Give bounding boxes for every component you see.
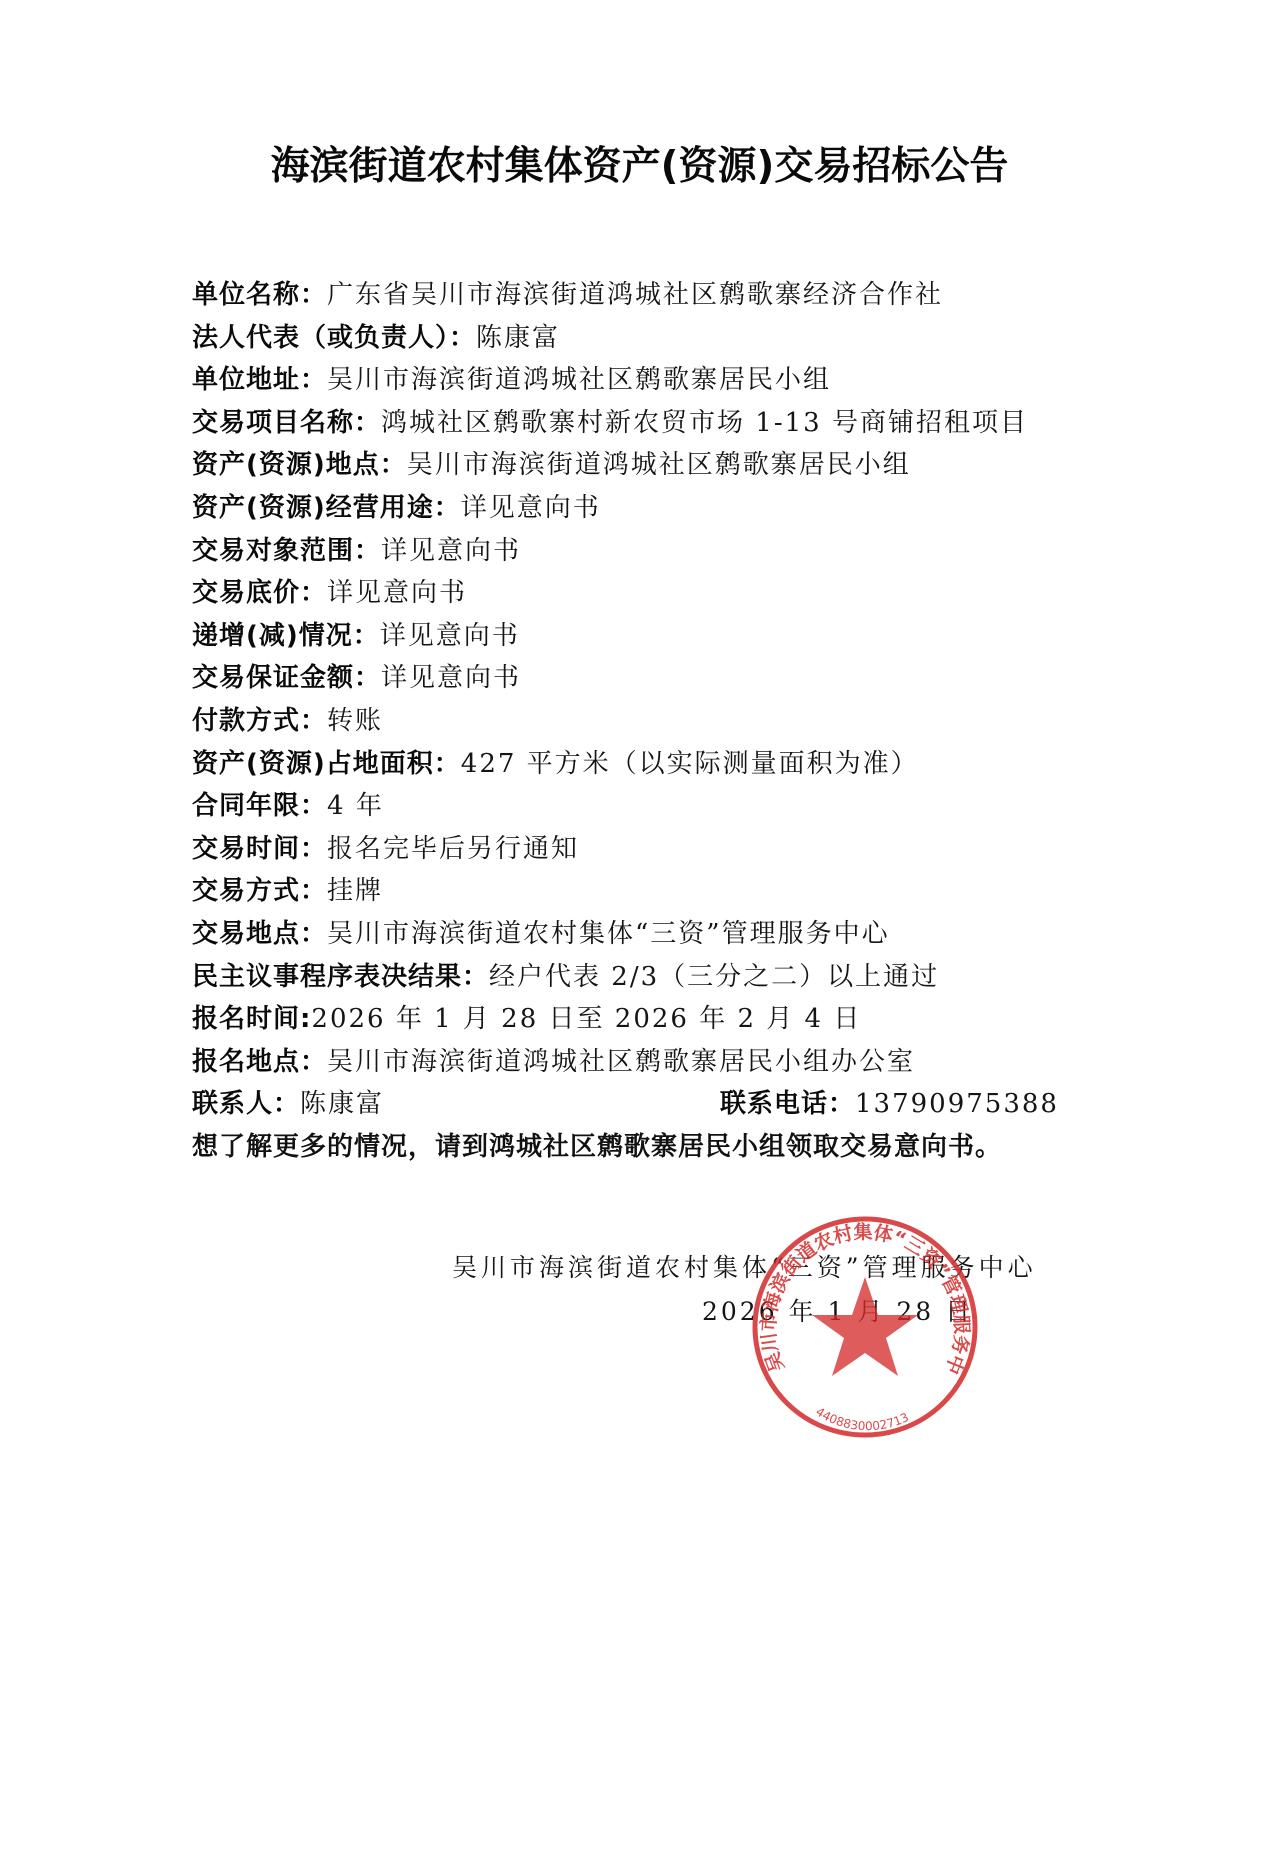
field-label: 民主议事程序表决结果：	[192, 962, 489, 992]
field-value: 详见意向书	[381, 663, 521, 693]
field-legal-representative: 法人代表（或负责人）：陈康富	[192, 317, 1192, 360]
field-label: 交易保证金额：	[192, 663, 381, 693]
field-label: 合同年限：	[192, 791, 327, 821]
field-value: 陈康富	[476, 323, 560, 353]
field-label: 单位地址：	[192, 365, 327, 395]
field-label: 报名地点：	[192, 1047, 327, 1077]
field-value: 详见意向书	[381, 536, 521, 566]
contact-phone-label: 联系电话：	[720, 1089, 855, 1119]
field-value: 2026 年 1 月 28 日至 2026 年 2 月 4 日	[311, 1004, 861, 1034]
field-project-name: 交易项目名称：鸿城社区鹩歌寨村新农贸市场 1-13 号商铺招租项目	[192, 402, 1192, 445]
field-label: 交易底价：	[192, 578, 327, 608]
field-value: 鸿城社区鹩歌寨村新农贸市场 1-13 号商铺招租项目	[381, 408, 1028, 438]
footer-note: 想了解更多的情况，请到鸿城社区鹩歌寨居民小组领取交易意向书。	[192, 1126, 1192, 1169]
contact-person-value: 陈康富	[300, 1089, 384, 1119]
field-value: 经户代表 2/3（三分之二）以上通过	[489, 962, 939, 992]
contact-row: 联系人：陈康富 联系电话：13790975388	[192, 1083, 1192, 1126]
field-value: 4 年	[327, 791, 384, 821]
contact-person: 联系人：陈康富	[192, 1089, 384, 1119]
field-trade-time: 交易时间：报名完毕后另行通知	[192, 828, 1192, 871]
field-label: 资产(资源)地点：	[192, 450, 407, 480]
field-value: 吴川市海滨街道鸿城社区鹩歌寨居民小组	[327, 365, 831, 395]
field-land-area: 资产(资源)占地面积：427 平方米（以实际测量面积为准）	[192, 743, 1192, 786]
contact-phone-value: 13790975388	[855, 1089, 1059, 1119]
contact-person-label: 联系人：	[192, 1089, 300, 1119]
field-value: 详见意向书	[327, 578, 467, 608]
field-value: 报名完毕后另行通知	[327, 834, 579, 864]
svg-text:4408830002713: 4408830002713	[813, 1404, 911, 1433]
contact-phone: 联系电话：13790975388	[720, 1083, 1059, 1126]
field-label: 交易地点：	[192, 919, 327, 949]
document-title: 海滨街道农村集体资产(资源)交易招标公告	[0, 135, 1279, 191]
field-trade-method: 交易方式：挂牌	[192, 870, 1192, 913]
field-label: 交易方式：	[192, 876, 327, 906]
field-label: 单位名称：	[192, 280, 327, 310]
field-reserve-price: 交易底价：详见意向书	[192, 572, 1192, 615]
field-value: 427 平方米（以实际测量面积为准）	[461, 749, 919, 779]
field-label: 交易对象范围：	[192, 536, 381, 566]
field-trade-location: 交易地点：吴川市海滨街道农村集体“三资”管理服务中心	[192, 913, 1192, 956]
field-contract-term: 合同年限：4 年	[192, 785, 1192, 828]
field-value: 详见意向书	[461, 493, 601, 523]
field-unit-name: 单位名称：广东省吴川市海滨街道鸿城社区鹩歌寨经济合作社	[192, 274, 1192, 317]
document-page: 海滨街道农村集体资产(资源)交易招标公告 单位名称：广东省吴川市海滨街道鸿城社区…	[0, 0, 1279, 1874]
field-value: 转账	[327, 706, 383, 736]
field-label: 递增(减)情况：	[192, 621, 380, 651]
field-value: 详见意向书	[380, 621, 520, 651]
field-asset-usage: 资产(资源)经营用途：详见意向书	[192, 487, 1192, 530]
field-label: 报名时间:	[192, 1004, 311, 1034]
announcement-fields: 单位名称：广东省吴川市海滨街道鸿城社区鹩歌寨经济合作社 法人代表（或负责人）：陈…	[192, 274, 1192, 1168]
field-label: 资产(资源)经营用途：	[192, 493, 461, 523]
field-payment-method: 付款方式：转账	[192, 700, 1192, 743]
issue-date: 2026 年 1 月 28 日	[702, 1292, 973, 1328]
field-increment: 递增(减)情况：详见意向书	[192, 615, 1192, 658]
field-unit-address: 单位地址：吴川市海滨街道鸿城社区鹩歌寨居民小组	[192, 359, 1192, 402]
issuer-signature: 吴川市海滨街道农村集体“三资”管理服务中心	[452, 1248, 1037, 1284]
field-value: 吴川市海滨街道鸿城社区鹩歌寨居民小组办公室	[327, 1047, 915, 1077]
field-value: 吴川市海滨街道农村集体“三资”管理服务中心	[327, 919, 890, 949]
field-deposit: 交易保证金额：详见意向书	[192, 657, 1192, 700]
field-label: 交易项目名称：	[192, 408, 381, 438]
field-asset-location: 资产(资源)地点：吴川市海滨街道鸿城社区鹩歌寨居民小组	[192, 444, 1192, 487]
field-trade-scope: 交易对象范围：详见意向书	[192, 530, 1192, 573]
field-vote-result: 民主议事程序表决结果：经户代表 2/3（三分之二）以上通过	[192, 956, 1192, 999]
field-value: 吴川市海滨街道鸿城社区鹩歌寨居民小组	[407, 450, 911, 480]
field-label: 付款方式：	[192, 706, 327, 736]
field-label: 法人代表（或负责人）：	[192, 323, 476, 353]
field-registration-time: 报名时间:2026 年 1 月 28 日至 2026 年 2 月 4 日	[192, 998, 1192, 1041]
field-label: 交易时间：	[192, 834, 327, 864]
field-label: 资产(资源)占地面积：	[192, 749, 461, 779]
field-value: 广东省吴川市海滨街道鸿城社区鹩歌寨经济合作社	[327, 280, 943, 310]
field-value: 挂牌	[327, 876, 383, 906]
field-registration-location: 报名地点：吴川市海滨街道鸿城社区鹩歌寨居民小组办公室	[192, 1041, 1192, 1084]
